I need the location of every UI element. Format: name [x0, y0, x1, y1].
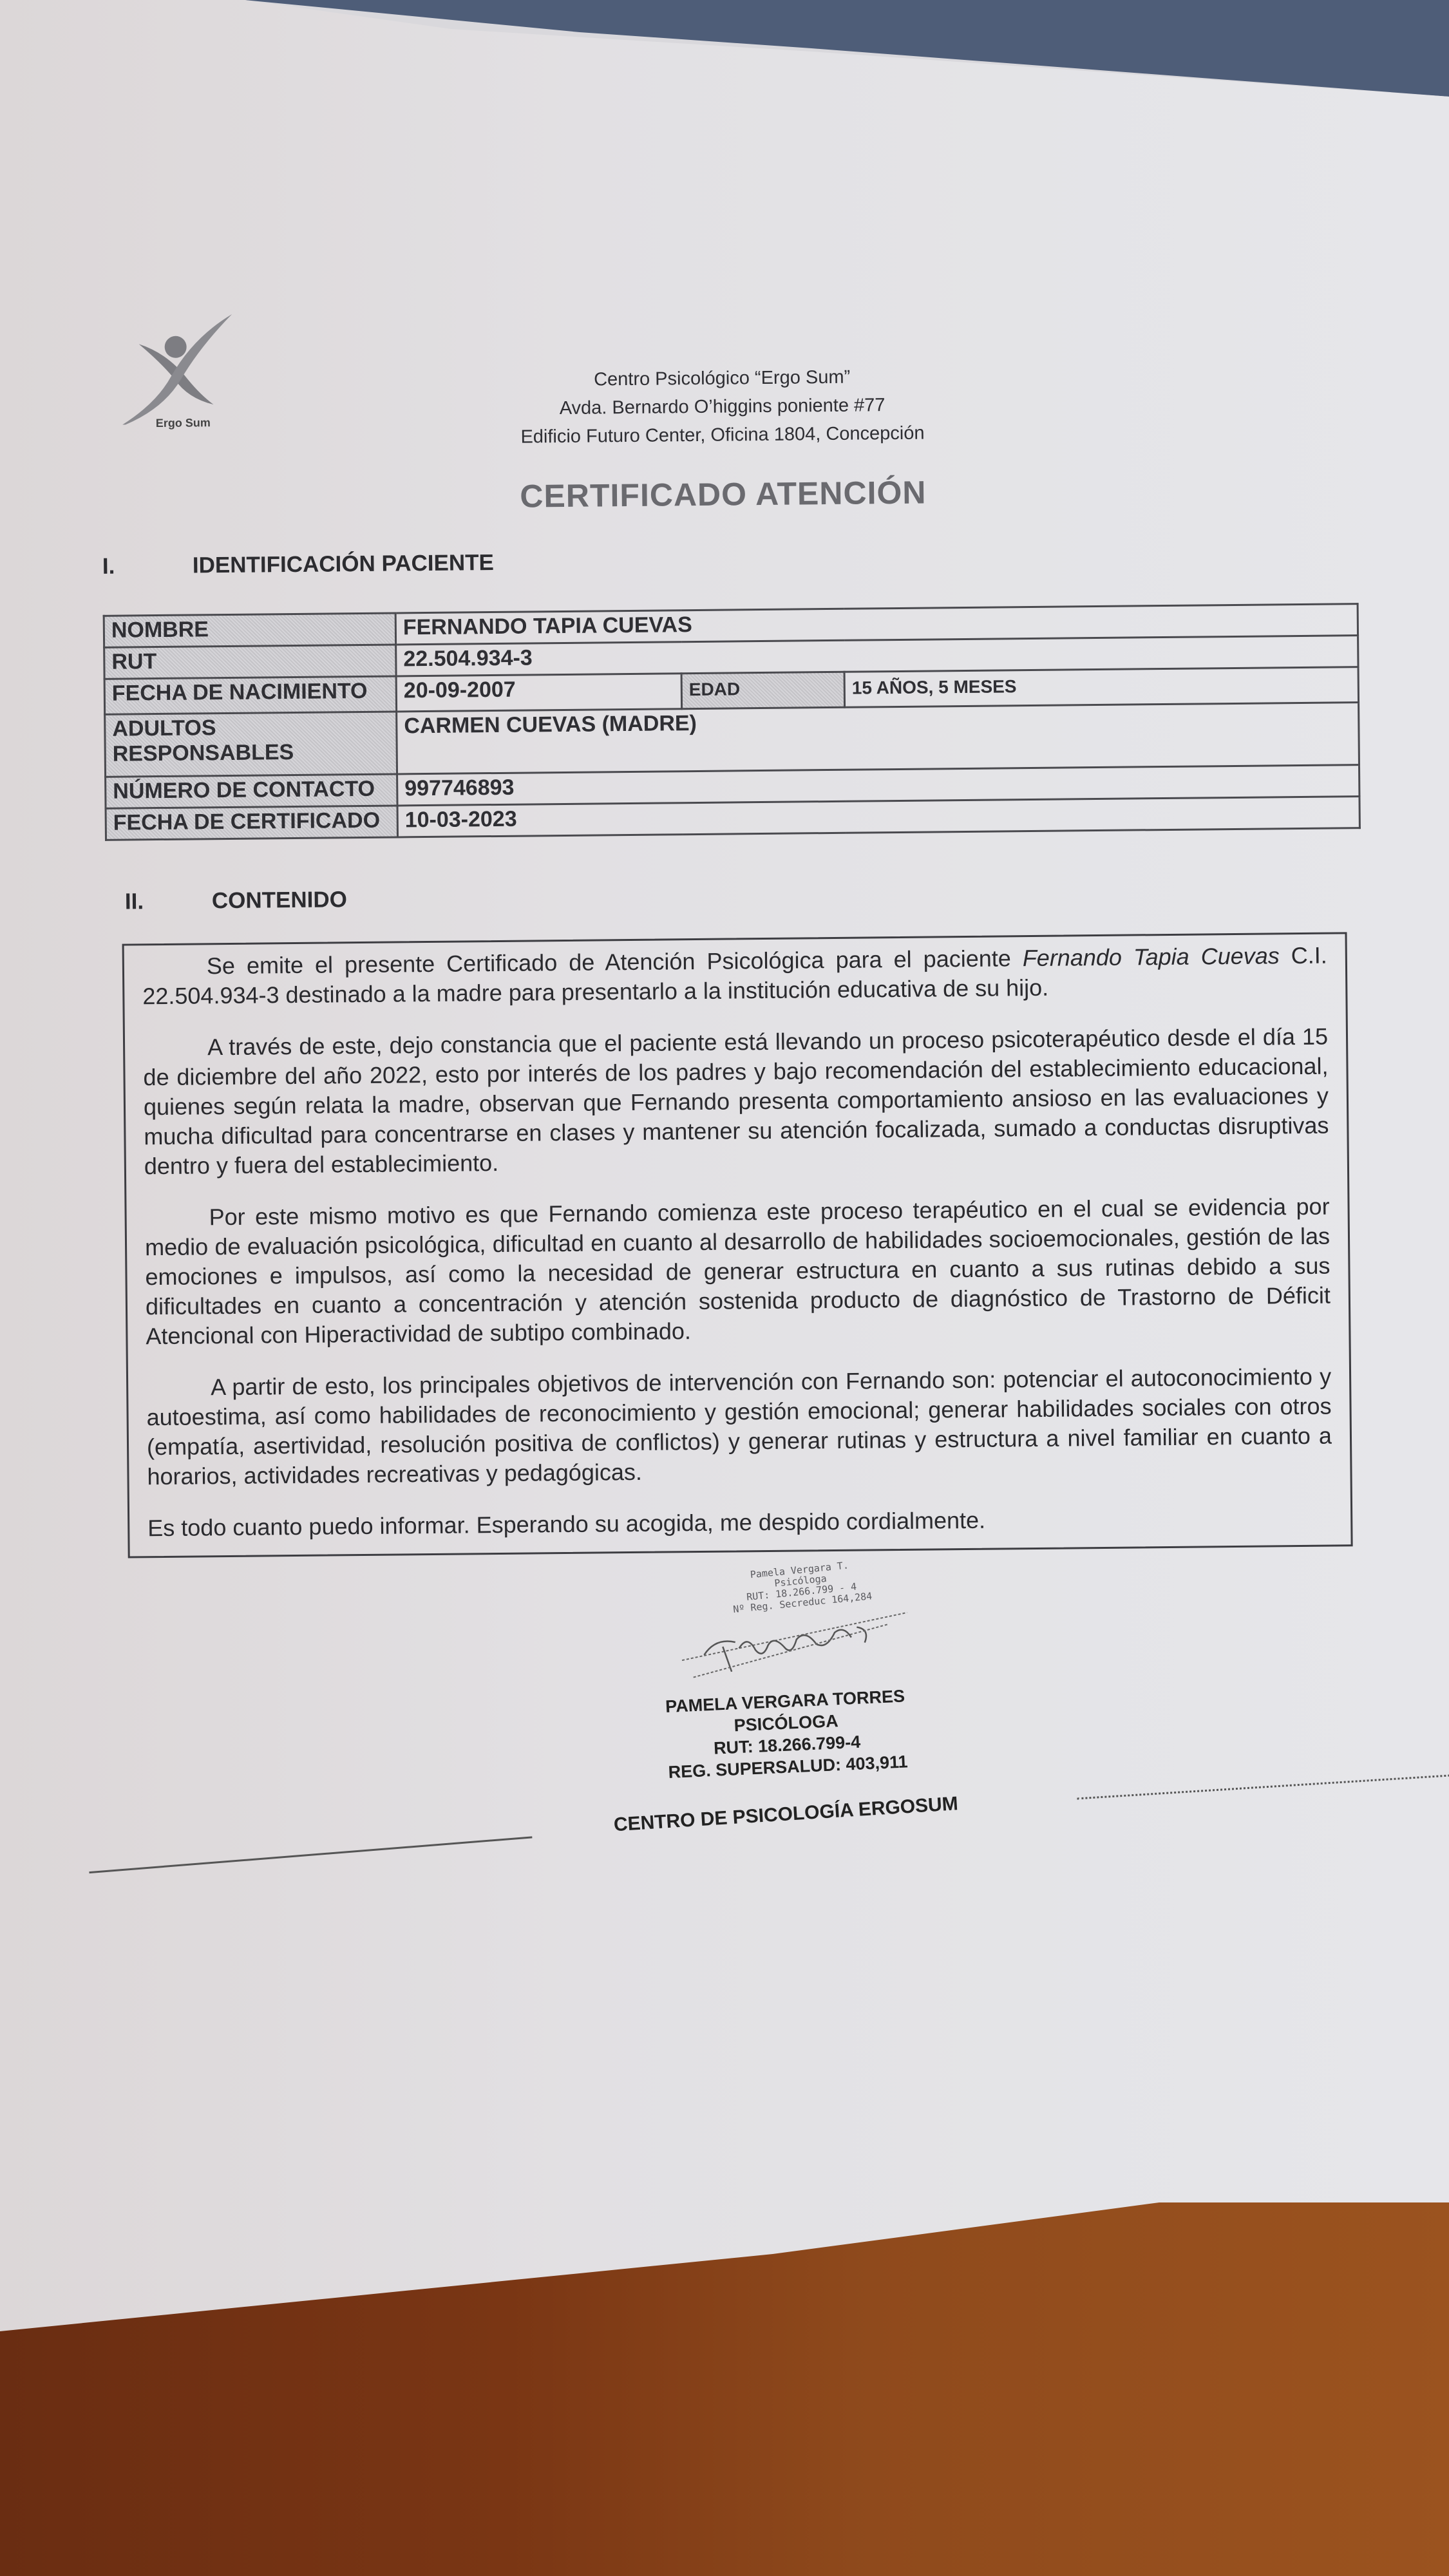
logo-brand-text: Ergo Sum [156, 416, 211, 430]
row-label: ADULTOS RESPONSABLES [105, 712, 397, 777]
section-title: CONTENIDO [212, 887, 347, 914]
certificate-content-box: Se emite el presente Certificado de Aten… [122, 932, 1353, 1558]
paragraph-process: A través de este, dejo constancia que el… [143, 1022, 1329, 1182]
patient-identification-table: NOMBRE FERNANDO TAPIA CUEVAS RUT 22.504.… [103, 603, 1361, 841]
row-label: FECHA DE CERTIFICADO [106, 806, 397, 840]
letterhead: Ergo Sum Centro Psicológico “Ergo Sum” A… [90, 290, 1374, 515]
signer-block: PAMELA VERGARA TORRES PSICÓLOGA RUT: 18.… [592, 1681, 981, 1786]
certificate-document: Ergo Sum Centro Psicológico “Ergo Sum” A… [90, 290, 1387, 1913]
paragraph-objectives: A partir de esto, los principales objeti… [146, 1362, 1332, 1492]
row-label: RUT [104, 645, 396, 679]
section-heading-content: II. CONTENIDO [96, 877, 1378, 915]
text-span: Se emite el presente Certificado de Aten… [207, 945, 1023, 979]
certificate-footer: CENTRO DE PSICOLOGÍA ERGOSUM [104, 1798, 1387, 1913]
address-line: Centro Psicológico “Ergo Sum” [497, 362, 947, 395]
row-value: 20-09-2007 [396, 674, 682, 712]
patient-name-italic: Fernando Tapia Cuevas [1023, 942, 1280, 971]
table-row: ADULTOS RESPONSABLES CARMEN CUEVAS (MADR… [105, 703, 1359, 777]
clinic-address: Centro Psicológico “Ergo Sum” Avda. Bern… [497, 362, 948, 451]
paragraph-intro: Se emite el presente Certificado de Aten… [142, 941, 1328, 1012]
row-label: NOMBRE [104, 613, 395, 647]
footer-center-name: CENTRO DE PSICOLOGÍA ERGOSUM [613, 1793, 959, 1836]
document-title: CERTIFICADO ATENCIÓN [478, 473, 969, 515]
paragraph-closing: Es todo cuanto puedo informar. Esperando… [147, 1502, 1332, 1544]
address-line: Edificio Futuro Center, Oficina 1804, Co… [497, 419, 948, 451]
ergo-sum-logo: Ergo Sum [103, 308, 240, 451]
ergo-sum-figure-icon [103, 308, 240, 425]
row-value: CARMEN CUEVAS (MADRE) [397, 703, 1359, 774]
row-label: NÚMERO DE CONTACTO [106, 774, 397, 808]
section-title: IDENTIFICACIÓN PACIENTE [193, 550, 494, 578]
psychologist-stamp: Pamela Vergara T. Psicóloga RUT: 18.266.… [665, 1552, 945, 1700]
paragraph-diagnosis: Por este mismo motivo es que Fernando co… [144, 1192, 1331, 1352]
section-number: II. [96, 888, 212, 915]
age-label: EDAD [681, 672, 845, 708]
age-value: 15 AÑOS, 5 MESES [844, 667, 1358, 708]
section-heading-identification: I. IDENTIFICACIÓN PACIENTE [93, 542, 1374, 580]
signature-line-left [89, 1836, 532, 1873]
row-label: FECHA DE NACIMIENTO [104, 676, 397, 714]
address-line: Avda. Bernardo O’higgins poniente #77 [497, 390, 947, 423]
section-number: I. [93, 553, 193, 579]
